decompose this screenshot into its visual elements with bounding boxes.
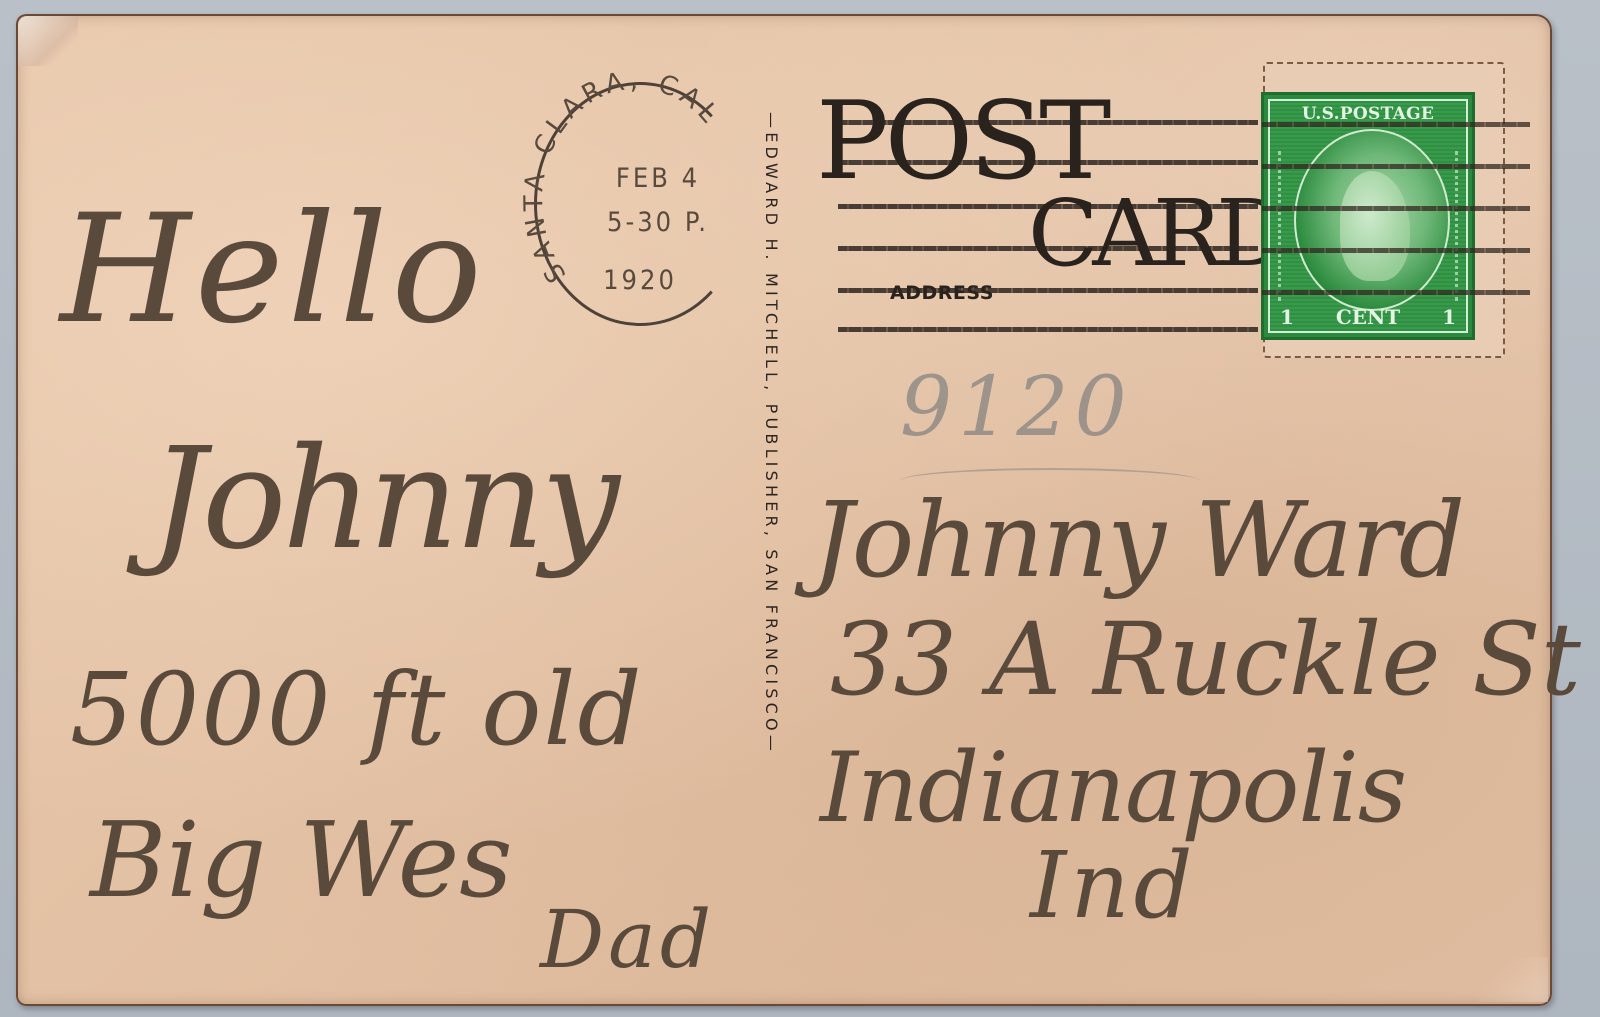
- post-card-heading: POST CARD: [810, 78, 1250, 288]
- address-rule: [838, 327, 1258, 332]
- publisher-imprint: —EDWARD H. MITCHELL, PUBLISHER, SAN FRAN…: [762, 112, 781, 755]
- corner-crease: [18, 16, 78, 66]
- message-line-3: 5000 ft old: [70, 660, 643, 760]
- postmark: SANTA CLARA, CAL. FEB 4 5-30 P. 1920: [534, 82, 746, 326]
- recipient-city: Indianapolis: [820, 740, 1406, 836]
- message-line-4: Big Wes: [90, 808, 513, 912]
- recipient-state: Ind: [1030, 840, 1197, 932]
- message-line-2: Johnny: [150, 430, 616, 570]
- stamp-cancel-bar: [1262, 122, 1530, 127]
- denomination-text: CENT: [1336, 305, 1400, 329]
- stamp-cancel-bar: [1262, 248, 1530, 253]
- address-label: ADDRESS: [890, 282, 994, 304]
- heading-card: CARD: [1028, 188, 1284, 280]
- postage-stamp: U.S.POSTAGE 1 CENT 1: [1261, 92, 1475, 340]
- stamp-cancel-bar: [1262, 290, 1530, 295]
- stamp-country-text: U.S.POSTAGE: [1270, 104, 1466, 124]
- stamp-portrait-oval: [1294, 129, 1450, 311]
- postmark-year: 1920: [537, 265, 743, 296]
- message-line-1: Hello: [60, 195, 486, 345]
- corner-wear: [1478, 957, 1548, 1002]
- denomination-left: 1: [1280, 305, 1294, 329]
- stamp-cancel-bar: [1262, 164, 1530, 169]
- pencil-note: 9120: [900, 360, 1133, 455]
- recipient-name: Johnny Ward: [812, 488, 1463, 592]
- postmark-time: 5-30 P.: [555, 207, 761, 238]
- stamp-denomination: 1 CENT 1: [1270, 305, 1466, 329]
- postmark-date: FEB 4: [555, 163, 761, 194]
- denomination-right: 1: [1442, 305, 1456, 329]
- stamp-cancel-bar: [1262, 206, 1530, 211]
- message-signature: Dad: [540, 900, 715, 980]
- recipient-street: 33 A Ruckle St: [830, 610, 1581, 710]
- stamp-frame: U.S.POSTAGE 1 CENT 1: [1268, 99, 1468, 333]
- washington-portrait-icon: [1340, 171, 1410, 281]
